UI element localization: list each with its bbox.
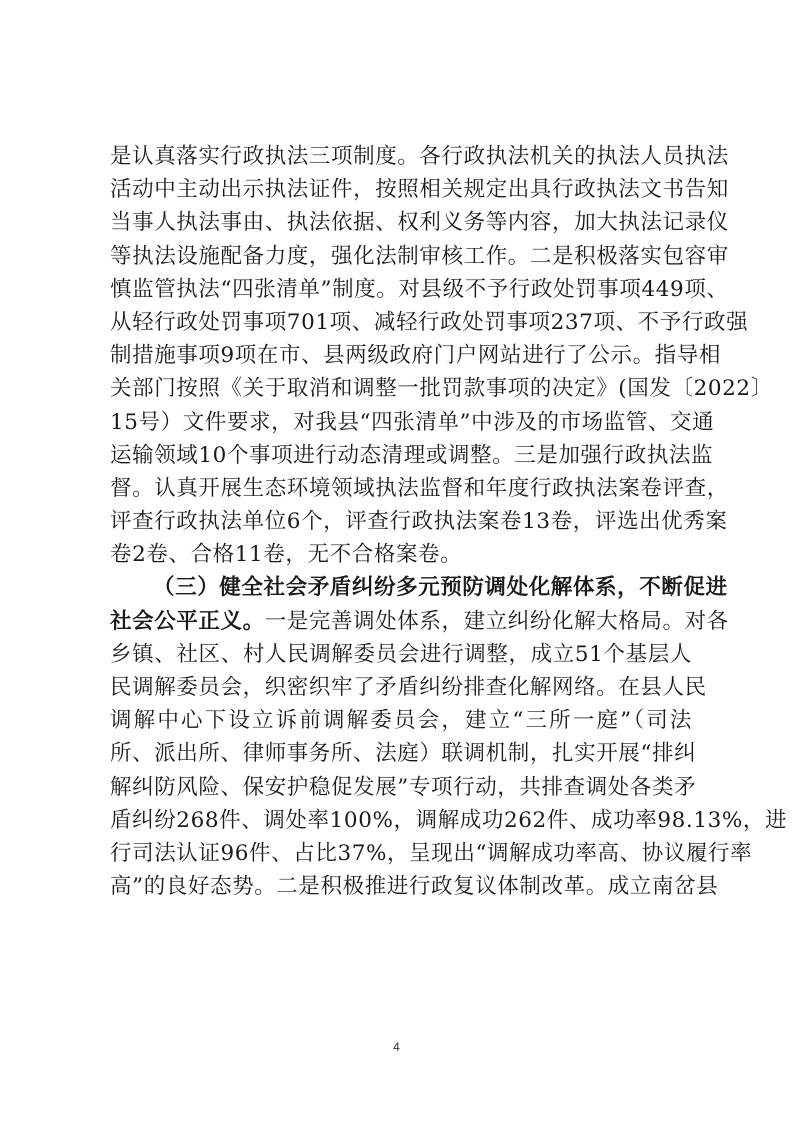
text-line: 解纠防风险、保安护稳促发展”专项行动，共排查调处各类矛 (110, 771, 692, 804)
paragraph-1: 是认真落实行政执法三项制度。各行政执法机关的执法人员执法 活动中主动出示执法证件… (110, 140, 692, 571)
text-line: 民调解委员会，织密织牢了矛盾纠纷排查化解网络。在县人民 (110, 671, 692, 704)
section-heading: （三）健全社会矛盾纠纷多元预防调处化解体系，不断促进 (110, 571, 692, 604)
text-line: 盾纠纷268件、调处率100%，调解成功262件、成功率98.13%，进 (110, 804, 692, 837)
text-line: 关部门按照《关于取消和调整一批罚款事项的决定》(国发〔2022〕 (110, 372, 692, 405)
body-text: 是认真落实行政执法三项制度。各行政执法机关的执法人员执法 活动中主动出示执法证件… (110, 140, 692, 903)
text-line: 活动中主动出示执法证件，按照相关规定出具行政执法文书告知 (110, 173, 692, 206)
text-line: 15号）文件要求，对我县“四张清单”中涉及的市场监管、交通 (110, 406, 692, 439)
text-line: 从轻行政处罚事项701项、减轻行政处罚事项237项、不予行政强 (110, 306, 692, 339)
text-line: 高”的良好态势。二是积极推进行政复议体制改革。成立南岔县 (110, 870, 692, 903)
text-line: 卷2卷、合格11卷，无不合格案卷。 (110, 538, 692, 571)
text-line: 评查行政执法单位6个，评查行政执法案卷13卷，评选出优秀案 (110, 505, 692, 538)
text-line: 乡镇、社区、村人民调解委员会进行调整，成立51个基层人 (110, 638, 692, 671)
section-heading-end: 社会公平正义。 (110, 609, 265, 634)
text-line: 所、派出所、律师事务所、法庭）联调机制，扎实开展“排纠 (110, 737, 692, 770)
text-line: 行司法认证96件、占比37%，呈现出“调解成功率高、协议履行率 (110, 837, 692, 870)
text-line: 制措施事项9项在市、县两级政府门户网站进行了公示。指导相 (110, 339, 692, 372)
document-page: 是认真落实行政执法三项制度。各行政执法机关的执法人员执法 活动中主动出示执法证件… (0, 0, 793, 1122)
text-line: 慎监管执法“四张清单”制度。对县级不予行政处罚事项449项、 (110, 273, 692, 306)
text-line: 等执法设施配备力度，强化法制审核工作。二是积极落实包容审 (110, 240, 692, 273)
text-line: 社会公平正义。一是完善调处体系，建立纠纷化解大格局。对各 (110, 605, 692, 638)
text-line: 督。认真开展生态环境领域执法监督和年度行政执法案卷评查， (110, 472, 692, 505)
text-line: 当事人执法事由、执法依据、权利义务等内容，加大执法记录仪 (110, 206, 692, 239)
paragraph-2: （三）健全社会矛盾纠纷多元预防调处化解体系，不断促进 社会公平正义。一是完善调处… (110, 571, 692, 903)
text-line: 是认真落实行政执法三项制度。各行政执法机关的执法人员执法 (110, 140, 692, 173)
text-line: 调解中心下设立诉前调解委员会，建立“三所一庭”（司法 (110, 704, 692, 737)
text-line: 运输领域10个事项进行动态清理或调整。三是加强行政执法监 (110, 439, 692, 472)
text-segment: 一是完善调处体系，建立纠纷化解大格局。对各 (265, 609, 729, 634)
page-number: 4 (0, 1040, 793, 1054)
